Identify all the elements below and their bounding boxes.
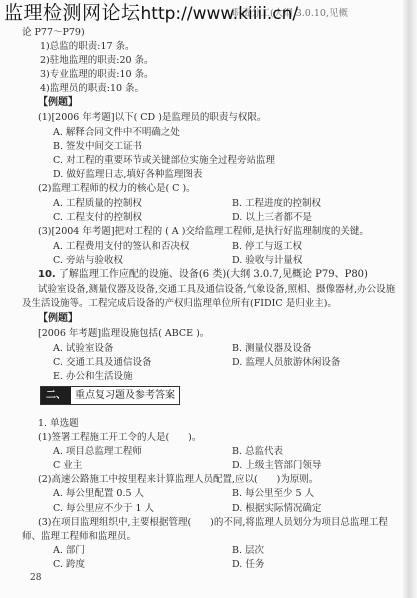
watermark: 监理检测网论坛http://www.kiiii.cn/ [4,2,298,25]
question-stem: (1)[2006 年考题]以下( CD )是监理员的职责与权限。 [38,112,266,124]
option: A. 解释合同文件中不明确之处 [53,127,180,139]
example-heading: 【例题】 [38,313,78,325]
option: C. 跨度 [53,559,85,571]
question-stem: (2)高速公路施工中按里程来计算监理人员配置,应以( )为原则。 [38,474,318,486]
intro-line-2: 论 P77～P79) [22,27,85,39]
option: C 业主 [53,460,82,472]
option: D. 上级主管部门领导 [232,460,321,472]
option: A. 项目总监理工程师 [53,446,142,458]
item-10-title: 了解监理工作应配的设施、设备(6 类)(大纲 3.0.7,见概论 P79、P80… [59,269,368,280]
option: B. 层次 [232,545,264,557]
option: B. 总监代表 [232,446,283,458]
option: D. 任务 [232,559,264,571]
option: D. 根据实际情况确定 [232,503,321,515]
item-10-heading: 10. 了解监理工作应配的设施、设备(6 类)(大纲 3.0.7,见概论 P79… [38,269,368,281]
question-stem: (3)[2004 年考题]把对工程的 ( A )交给监理工程师,是执行好监理制度… [38,226,369,238]
option: B. 工程进度的控制权 [232,198,321,210]
option: D. 监理人员旅游休闲设备 [232,357,340,369]
section-title: 重点复习题及参考答案 [71,387,179,404]
option: C. 交通工具及通信设备 [53,357,151,369]
option: C. 旁站与验收权 [53,255,123,267]
question-stem: (1)签署工程施工开工令的人是( )。 [38,432,201,444]
option: A. 工程费用支付的签认和否决权 [53,241,189,253]
option: B. 签发中间交工证书 [53,141,142,153]
question-stem: 师、监理工程师和监理员。 [22,531,136,543]
page-gutter-shadow [403,0,417,598]
item-10-body: 试验室设备,测量仪器及设备,交通工具及通信设备,气象设备,照相、摄像器材,办公设… [38,284,395,296]
item-10-number: 10. [38,269,56,280]
question-stem: (2)监理工程师的权力的核心是( C )。 [38,183,196,195]
watermark-site-name: 监理检测网论坛 [4,2,141,24]
option: D. 做好监理日志,填好各种监理图表 [53,169,202,181]
page-number: 28 [30,573,41,583]
duty-item: 3)专业监理的职责:10 条。 [40,69,154,81]
option: A. 工程质量的控制权 [53,198,142,210]
example-heading: 【例题】 [38,97,78,109]
option: C. 每公里应不少于 1 人 [53,503,154,515]
option: C. 工程支付的控制权 [53,212,142,224]
document-page: 职责分工(大纲 3.0.10,见概 监理检测网论坛http://www.kiii… [0,0,417,598]
option: D. 验收与计量权 [232,255,302,267]
question-stem: (3)在项目监理组织中,主要根据管理( )的不同,将监理人员划分为项目总监理工程 [38,517,388,529]
option: A. 试验室设备 [53,343,113,355]
section-header: 二、 重点复习题及参考答案 [40,386,180,405]
duty-item: 4)监理员的职责:10 条。 [40,83,144,95]
option: A. 部门 [53,545,85,557]
duty-item: 1)总监的职责:17 条。 [40,41,135,53]
item-10-body: 及生活设施等。工程完成后设备的产权归监理单位所有(FIDIC 是归业主)。 [22,298,337,310]
option: B. 测量仪器及设备 [232,343,312,355]
section-number: 二、 [41,387,71,404]
option: C. 对工程的重要环节或关键部位实施全过程旁站监理 [53,155,275,167]
watermark-url: http://www.kiiii.cn/ [141,4,299,24]
option: A. 每公里配置 0.5 人 [53,488,144,500]
question-stem: [2006 年考题]监理设施包括( ABCE )。 [38,328,209,340]
option: B. 停工与返工权 [232,241,302,253]
option: B. 每公里至少 5 人 [232,488,314,500]
single-choice-heading: 1. 单选题 [38,418,79,430]
option: D. 以上三者都不是 [232,212,312,224]
duty-item: 2)驻地监理的职责:20 条。 [40,55,154,67]
option: E. 办公和生活设施 [53,371,132,383]
